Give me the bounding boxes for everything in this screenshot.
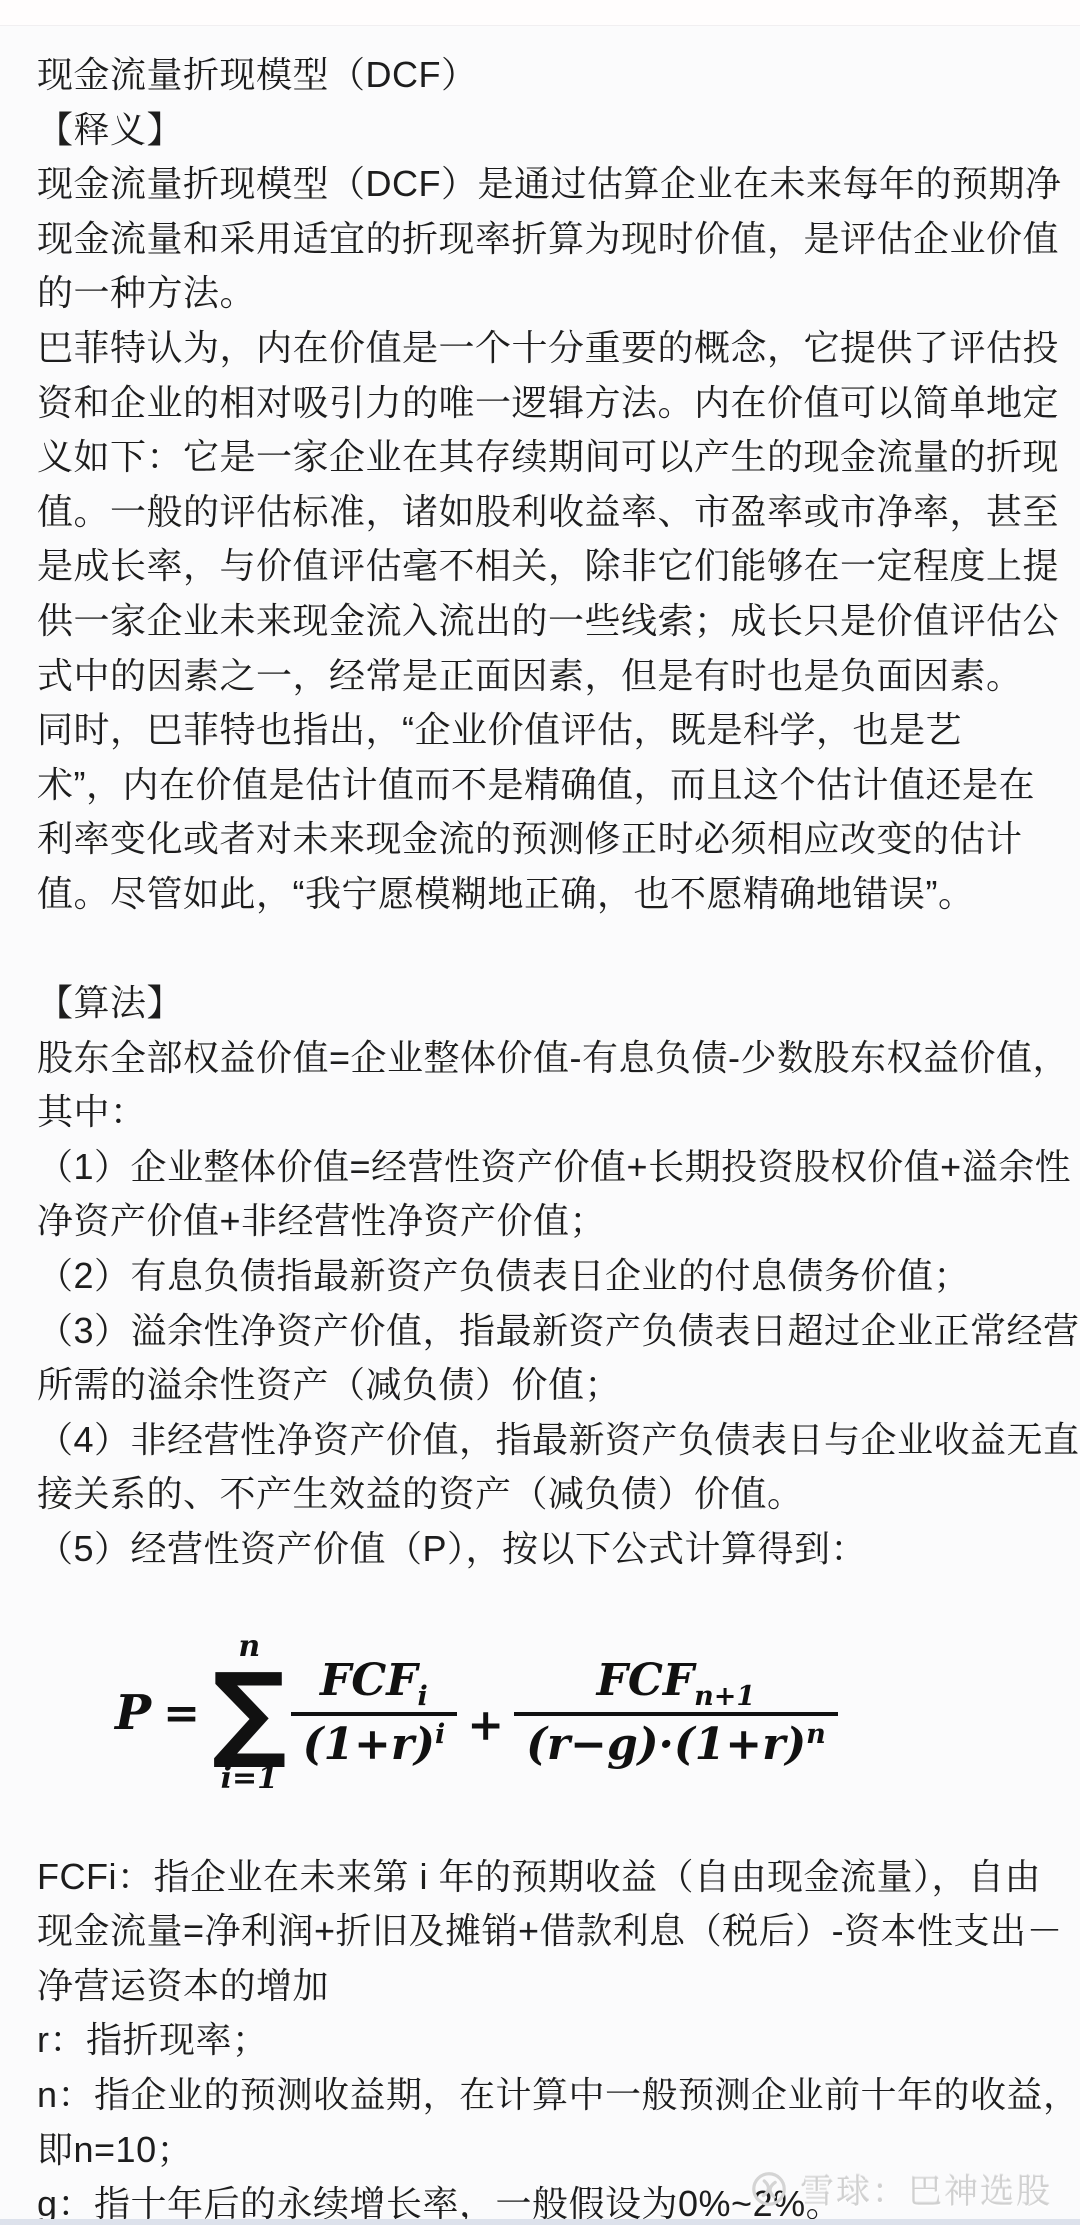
summation-lower-bound: i=1 bbox=[221, 1764, 278, 1794]
superscript: i bbox=[435, 1719, 445, 1750]
section-heading-algorithm: 【算法】 bbox=[37, 976, 1050, 1031]
text-line: 同时，巴菲特也指出，“企业价值评估，既是科学，也是艺 bbox=[37, 703, 1050, 758]
text-line: 供一家企业未来现金流入流出的一些线索；成长只是价值评估公 bbox=[37, 594, 1050, 649]
watermark: 雪球：巴神选股 bbox=[750, 2164, 1052, 2213]
text-line: 式中的因素之一，经常是正面因素，但是有时也是负面因素。 bbox=[37, 649, 1050, 704]
text-line: FCFi：指企业在未来第 i 年的预期收益（自由现金流量），自由 bbox=[37, 1850, 1050, 1905]
xueqiu-logo-icon bbox=[750, 2170, 788, 2208]
text-line: 现金流量和采用适宜的折现率折算为现时价值，是评估企业价值 bbox=[37, 212, 1050, 267]
sigma-icon: ∑ bbox=[212, 1664, 287, 1760]
subscript: i bbox=[418, 1681, 428, 1712]
formula-row: P = n ∑ i=1 FCFi (1+r)i + FCFn+1 (r−g)·(… bbox=[115, 1632, 838, 1794]
page: { "colors": { "page_bg": "#fbfbfc", "top… bbox=[0, 0, 1080, 2225]
text-line: 利率变化或者对未来现金流的预测修正时必须相应改变的估计 bbox=[37, 812, 1050, 867]
fraction-term-2: FCFn+1 (r−g)·(1+r)n bbox=[514, 1656, 838, 1771]
text-line: 的一种方法。 bbox=[37, 266, 1050, 321]
text-line: 股东全部权益价值=企业整体价值-有息负债-少数股东权益价值， bbox=[37, 1031, 1050, 1086]
text-line: 所需的溢余性资产（减负债）价值； bbox=[37, 1358, 1050, 1413]
fraction-denominator: (r−g)·(1+r)n bbox=[514, 1712, 838, 1771]
text-line: 净营运资本的增加 bbox=[37, 1959, 1050, 2014]
text-line: 接关系的、不产生效益的资产（减负债）价值。 bbox=[37, 1467, 1050, 1522]
text-line: 巴菲特认为，内在价值是一个十分重要的概念，它提供了评估投 bbox=[37, 321, 1050, 376]
text-line: （2）有息负债指最新资产负债表日企业的付息债务价值； bbox=[37, 1249, 1050, 1304]
text-line: （3）溢余性净资产价值，指最新资产负债表日超过企业正常经营 bbox=[37, 1304, 1050, 1359]
text-line: （5）经营性资产价值（P），按以下公式计算得到： bbox=[37, 1522, 1050, 1577]
plus-sign: + bbox=[467, 1700, 504, 1751]
text-line: 是成长率，与价值评估毫不相关，除非它们能够在一定程度上提 bbox=[37, 539, 1050, 594]
fraction-numerator: FCFi bbox=[308, 1656, 440, 1713]
formula-variable-p: P bbox=[115, 1685, 151, 1741]
page-title: 现金流量折现模型（DCF） bbox=[37, 48, 1050, 103]
text-line: 其中： bbox=[37, 1085, 1050, 1140]
text-line: （4）非经营性净资产价值，指最新资产负债表日与企业收益无直 bbox=[37, 1413, 1050, 1468]
text-line: 净资产价值+非经营性净资产价值； bbox=[37, 1194, 1050, 1249]
text-line: r：指折现率； bbox=[37, 2013, 1050, 2068]
blank-line bbox=[37, 922, 1050, 977]
text-line: （1）企业整体价值=经营性资产价值+长期投资股权价值+溢余性 bbox=[37, 1140, 1050, 1195]
bottom-strip bbox=[0, 2219, 1080, 2225]
summation: n ∑ i=1 bbox=[212, 1632, 287, 1794]
text-line: 术”，内在价值是估计值而不是精确值，而且这个估计值还是在 bbox=[37, 758, 1050, 813]
equals-sign: = bbox=[163, 1688, 200, 1739]
text-line: 值。一般的评估标准，诸如股利收益率、市盈率或市净率，甚至 bbox=[37, 485, 1050, 540]
article: 现金流量折现模型（DCF） 【释义】 现金流量折现模型（DCF）是通过估算企业在… bbox=[0, 26, 1080, 2225]
top-strip bbox=[0, 0, 1080, 26]
watermark-text: 雪球：巴神选股 bbox=[800, 2164, 1052, 2213]
text-line: 现金流量折现模型（DCF）是通过估算企业在未来每年的预期净 bbox=[37, 157, 1050, 212]
text-line: 义如下：它是一家企业在其存续期间可以产生的现金流量的折现 bbox=[37, 430, 1050, 485]
section-heading-definition: 【释义】 bbox=[37, 103, 1050, 158]
fraction-numerator: FCFn+1 bbox=[585, 1656, 768, 1713]
text-line: 资和企业的相对吸引力的唯一逻辑方法。内在价值可以简单地定 bbox=[37, 376, 1050, 431]
fraction-denominator: (1+r)i bbox=[291, 1712, 458, 1771]
superscript: n bbox=[806, 1719, 826, 1750]
text-line: 现金流量=净利润+折旧及摊销+借款利息（税后）-资本性支出－ bbox=[37, 1904, 1050, 1959]
text-line: n：指企业的预测收益期，在计算中一般预测企业前十年的收益， bbox=[37, 2068, 1050, 2123]
fraction-term-1: FCFi (1+r)i bbox=[291, 1656, 458, 1771]
subscript: n+1 bbox=[694, 1681, 755, 1712]
text-line: 值。尽管如此，“我宁愿模糊地正确，也不愿精确地错误”。 bbox=[37, 867, 1050, 922]
dcf-formula: P = n ∑ i=1 FCFi (1+r)i + FCFn+1 (r−g)·(… bbox=[37, 1577, 1050, 1850]
